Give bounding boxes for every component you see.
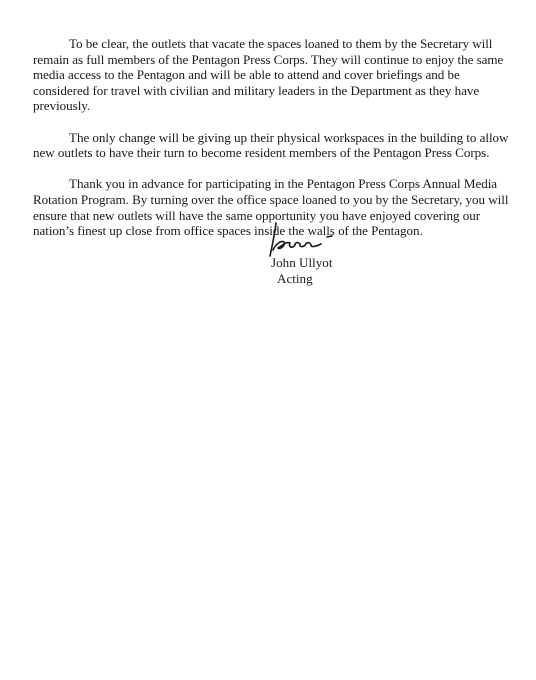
letter-page: To be clear, the outlets that vacate the… [0,0,536,680]
paragraph-clarification: To be clear, the outlets that vacate the… [33,36,513,114]
signatory-name: John Ullyot [271,255,332,271]
handwritten-signature-icon [267,220,337,260]
signature-block: John Ullyot Acting [271,220,391,290]
signatory-title: Acting [277,271,313,287]
paragraph-only-change: The only change will be giving up their … [33,130,513,161]
